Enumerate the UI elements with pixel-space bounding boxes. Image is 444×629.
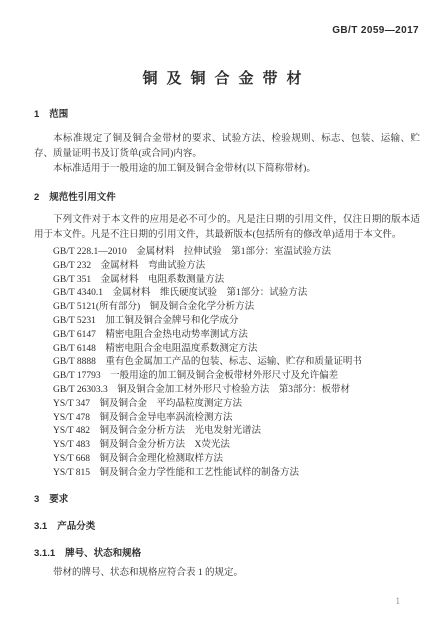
subsection-heading-product-classification: 3.1产品分类 <box>34 520 420 534</box>
references-list: GB/T 228.1—2010 金属材料 拉伸试验 第1部分：室温试验方法 GB… <box>34 246 420 481</box>
scope-paragraph: 本标准规定了铜及铜合金带材的要求、试验方法、检验规则、标志、包装、运输、贮存、质… <box>34 132 420 162</box>
section-heading-scope: 1范围 <box>34 108 420 122</box>
section-number: 3.1 <box>34 520 47 534</box>
page-number: 1 <box>396 596 401 606</box>
reference-item: GB/T 228.1—2010 金属材料 拉伸试验 第1部分：室温试验方法 <box>53 246 420 260</box>
section-heading-label: 产品分类 <box>57 521 95 532</box>
reference-item: YS/T 668 铜及铜合金理化检测取样方法 <box>53 453 420 467</box>
reference-item: GB/T 26303.3 铜及铜合金加工材外形尺寸检验方法 第3部分：板带材 <box>53 384 420 398</box>
reference-item: GB/T 6147 精密电阻合金热电动势率测试方法 <box>53 329 420 343</box>
scope-paragraph: 本标准适用于一般用途的加工铜及铜合金带材(以下简称带材)。 <box>34 162 420 177</box>
reference-item: YS/T 483 铜及铜合金分析方法 X荧光法 <box>53 439 420 453</box>
references-intro: 下列文件对于本文件的应用是必不可少的。凡是注日期的引用文件，仅注日期的版本适用于… <box>34 213 420 243</box>
section-number: 3 <box>34 493 39 507</box>
section-heading-label: 规范性引用文件 <box>49 192 116 203</box>
document-page: GB/T 2059—2017 铜及铜合金带材 1范围 本标准规定了铜及铜合金带材… <box>0 0 444 629</box>
reference-item: YS/T 478 铜及铜合金导电率涡流检测方法 <box>53 412 420 426</box>
section-heading-label: 牌号、状态和规格 <box>65 548 141 559</box>
section-heading-normative-references: 2规范性引用文件 <box>34 191 420 205</box>
reference-item: GB/T 17793 一般用途的加工铜及铜合金板带材外形尺寸及允许偏差 <box>53 370 420 384</box>
page-header: GB/T 2059—2017 <box>332 25 419 36</box>
section-heading-label: 要求 <box>49 494 68 505</box>
reference-item: GB/T 232 金属材料 弯曲试验方法 <box>53 260 420 274</box>
section-number: 3.1.1 <box>34 547 55 561</box>
standard-number: GB/T 2059—2017 <box>332 25 419 36</box>
reference-item: GB/T 6148 精密电阻合金电阻温度系数测定方法 <box>53 343 420 357</box>
section-number: 1 <box>34 108 39 122</box>
reference-item: GB/T 8888 重有色金属加工产品的包装、标志、运输、贮存和质量证明书 <box>53 356 420 370</box>
reference-item: GB/T 4340.1 金属材料 维氏硬度试验 第1部分：试验方法 <box>53 287 420 301</box>
section-heading-label: 范围 <box>49 109 68 120</box>
subsection-heading-designation-temper-spec: 3.1.1牌号、状态和规格 <box>34 547 420 561</box>
document-title: 铜及铜合金带材 <box>0 67 444 88</box>
requirements-paragraph: 带材的牌号、状态和规格应符合表 1 的规定。 <box>34 566 420 581</box>
section-number: 2 <box>34 191 39 205</box>
reference-item: YS/T 482 铜及铜合金分析方法 光电发射光谱法 <box>53 425 420 439</box>
reference-item: GB/T 351 金属材料 电阻系数测量方法 <box>53 274 420 288</box>
document-content: 1范围 本标准规定了铜及铜合金带材的要求、试验方法、检验规则、标志、包装、运输、… <box>34 108 420 581</box>
reference-item: GB/T 5231 加工铜及铜合金牌号和化学成分 <box>53 315 420 329</box>
reference-item: YS/T 347 铜及铜合金 平均晶粒度测定方法 <box>53 398 420 412</box>
reference-item: YS/T 815 铜及铜合金力学性能和工艺性能试样的制备方法 <box>53 467 420 481</box>
section-heading-requirements: 3要求 <box>34 493 420 507</box>
reference-item: GB/T 5121(所有部分) 铜及铜合金化学分析方法 <box>53 301 420 315</box>
